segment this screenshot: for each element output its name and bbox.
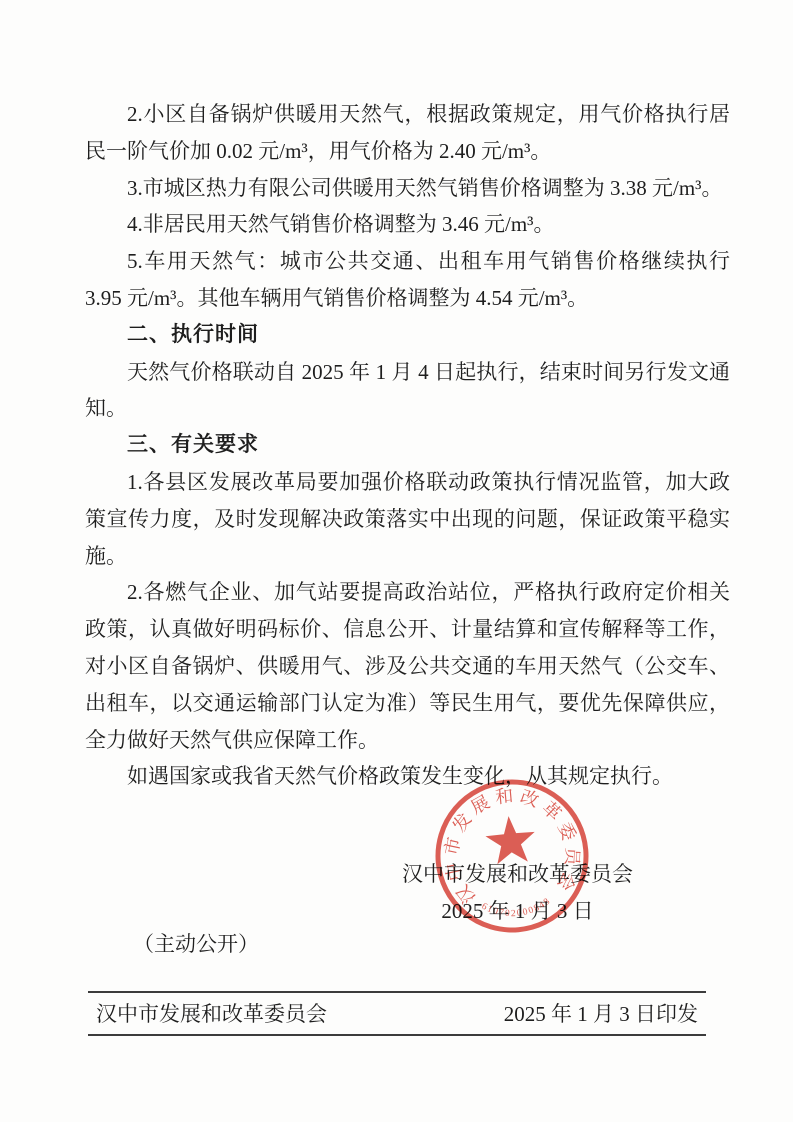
footer-bar: 汉中市发展和改革委员会 2025 年 1 月 3 日印发 bbox=[88, 991, 706, 1036]
star-icon bbox=[484, 814, 537, 865]
section-heading: 二、执行时间 bbox=[85, 317, 730, 354]
body-paragraph: 3.市城区热力有限公司供暖用天然气销售价格调整为 3.38 元/m³。 bbox=[85, 170, 730, 207]
footer-print-date: 2025 年 1 月 3 日印发 bbox=[504, 998, 698, 1028]
section-heading: 三、有关要求 bbox=[85, 427, 730, 464]
document-page: 2.小区自备锅炉供暖用天然气，根据政策规定，用气价格执行居民一阶气价加 0.02… bbox=[0, 0, 793, 1122]
disclosure-note: （主动公开） bbox=[133, 928, 259, 958]
body-paragraph: 4.非居民用天然气销售价格调整为 3.46 元/m³。 bbox=[85, 206, 730, 243]
body-paragraph: 2.各燃气企业、加气站要提高政治站位，严格执行政府定价相关政策，认真做好明码标价… bbox=[85, 574, 730, 758]
body-paragraph: 1.各县区发展改革局要加强价格联动政策执行情况监管，加大政策宣传力度，及时发现解… bbox=[85, 464, 730, 574]
document-body: 2.小区自备锅炉供暖用天然气，根据政策规定，用气价格执行居民一阶气价加 0.02… bbox=[85, 96, 730, 795]
body-paragraph: 天然气价格联动自 2025 年 1 月 4 日起执行，结束时间另行发文通知。 bbox=[85, 354, 730, 428]
body-paragraph: 如遇国家或我省天然气价格政策发生变化，从其规定执行。 bbox=[85, 758, 730, 795]
seal-code: 610702000848 bbox=[479, 896, 554, 923]
body-paragraph: 2.小区自备锅炉供暖用天然气，根据政策规定，用气价格执行居民一阶气价加 0.02… bbox=[85, 96, 730, 170]
body-paragraph: 5.车用天然气：城市公共交通、出租车用气销售价格继续执行 3.95 元/m³。其… bbox=[85, 243, 730, 317]
svg-text:610702000848: 610702000848 bbox=[479, 896, 554, 923]
official-seal: 汉中市发展和改革委员会 610702000848 bbox=[425, 769, 598, 942]
footer-issuer: 汉中市发展和改革委员会 bbox=[96, 998, 327, 1028]
